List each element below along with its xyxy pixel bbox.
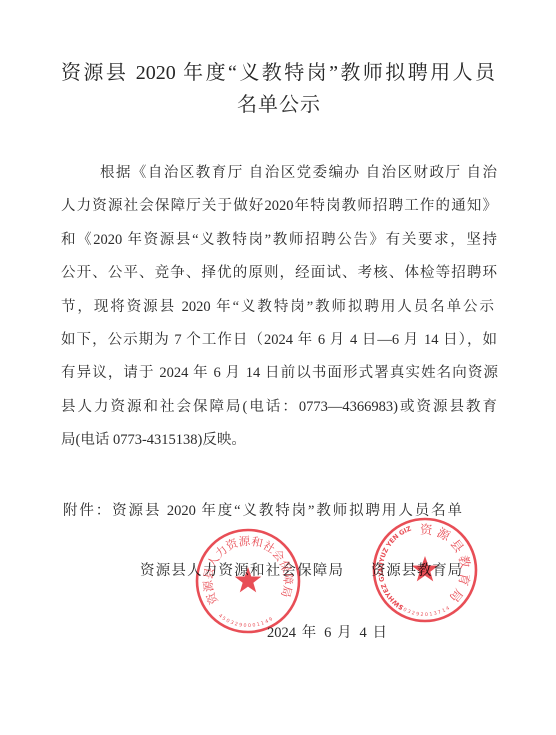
body-line-8: 县人力资源和社会保障局(电话：0773—4366983)或资源县教育	[61, 397, 497, 417]
title-line-2: 名单公示	[237, 91, 320, 119]
attachment-line: 附件：资源县 2020 年度“义教特岗”教师拟聘用人员名单	[63, 501, 462, 521]
body-line-9: 局(电话 0773-4315138)反映。	[61, 430, 261, 450]
body-line-7: 有异议，请于 2024 年 6 月 14 日前以书面形式署真实姓名向资源	[61, 363, 498, 383]
signature-hr-bureau: 资源县人力资源和社会保障局	[140, 561, 343, 581]
body-line-4: 公开、公平、竞争、择优的原则，经面试、考核、体检等招聘环	[61, 263, 497, 283]
stamp-number: 4503290001149	[217, 613, 274, 629]
stamp-number-arc: 4503292013714	[394, 602, 451, 618]
hr-bureau-stamp: 资源县人力资源和社会保障局 4503290001149	[197, 530, 299, 632]
body-line-6: 如下，公示期为 7 个工作日（2024 年 6 月 4 日—6 月 14 日），…	[61, 330, 497, 350]
body-line-1: 根据《自治区教育厅 自治区党委编办 自治区财政厅 自治	[100, 163, 497, 183]
stamp-number: 4503292013714	[394, 602, 451, 618]
title-line-1: 资源县 2020 年度“义教特岗”教师拟聘用人员	[61, 59, 495, 87]
date-line: 2024 年 6 月 4 日	[267, 623, 387, 643]
document-page: 资源县 2020 年度“义教特岗”教师拟聘用人员 名单公示 根据《自治区教育厅 …	[0, 0, 556, 735]
signature-education-bureau: 资源县教育局	[371, 561, 462, 581]
body-line-3: 和《2020 年资源县“义教特岗”教师招聘公告》有关要求，坚持	[61, 230, 497, 250]
body-line-2: 人力资源社会保障厅关于做好2020年特岗教师招聘工作的通知》	[61, 196, 497, 216]
stamp-ring	[197, 530, 299, 632]
body-line-5: 节，现将资源县 2020 年“义教特岗”教师拟聘用人员名单公示	[61, 297, 494, 317]
stamp-number-arc: 4503290001149	[217, 613, 274, 629]
